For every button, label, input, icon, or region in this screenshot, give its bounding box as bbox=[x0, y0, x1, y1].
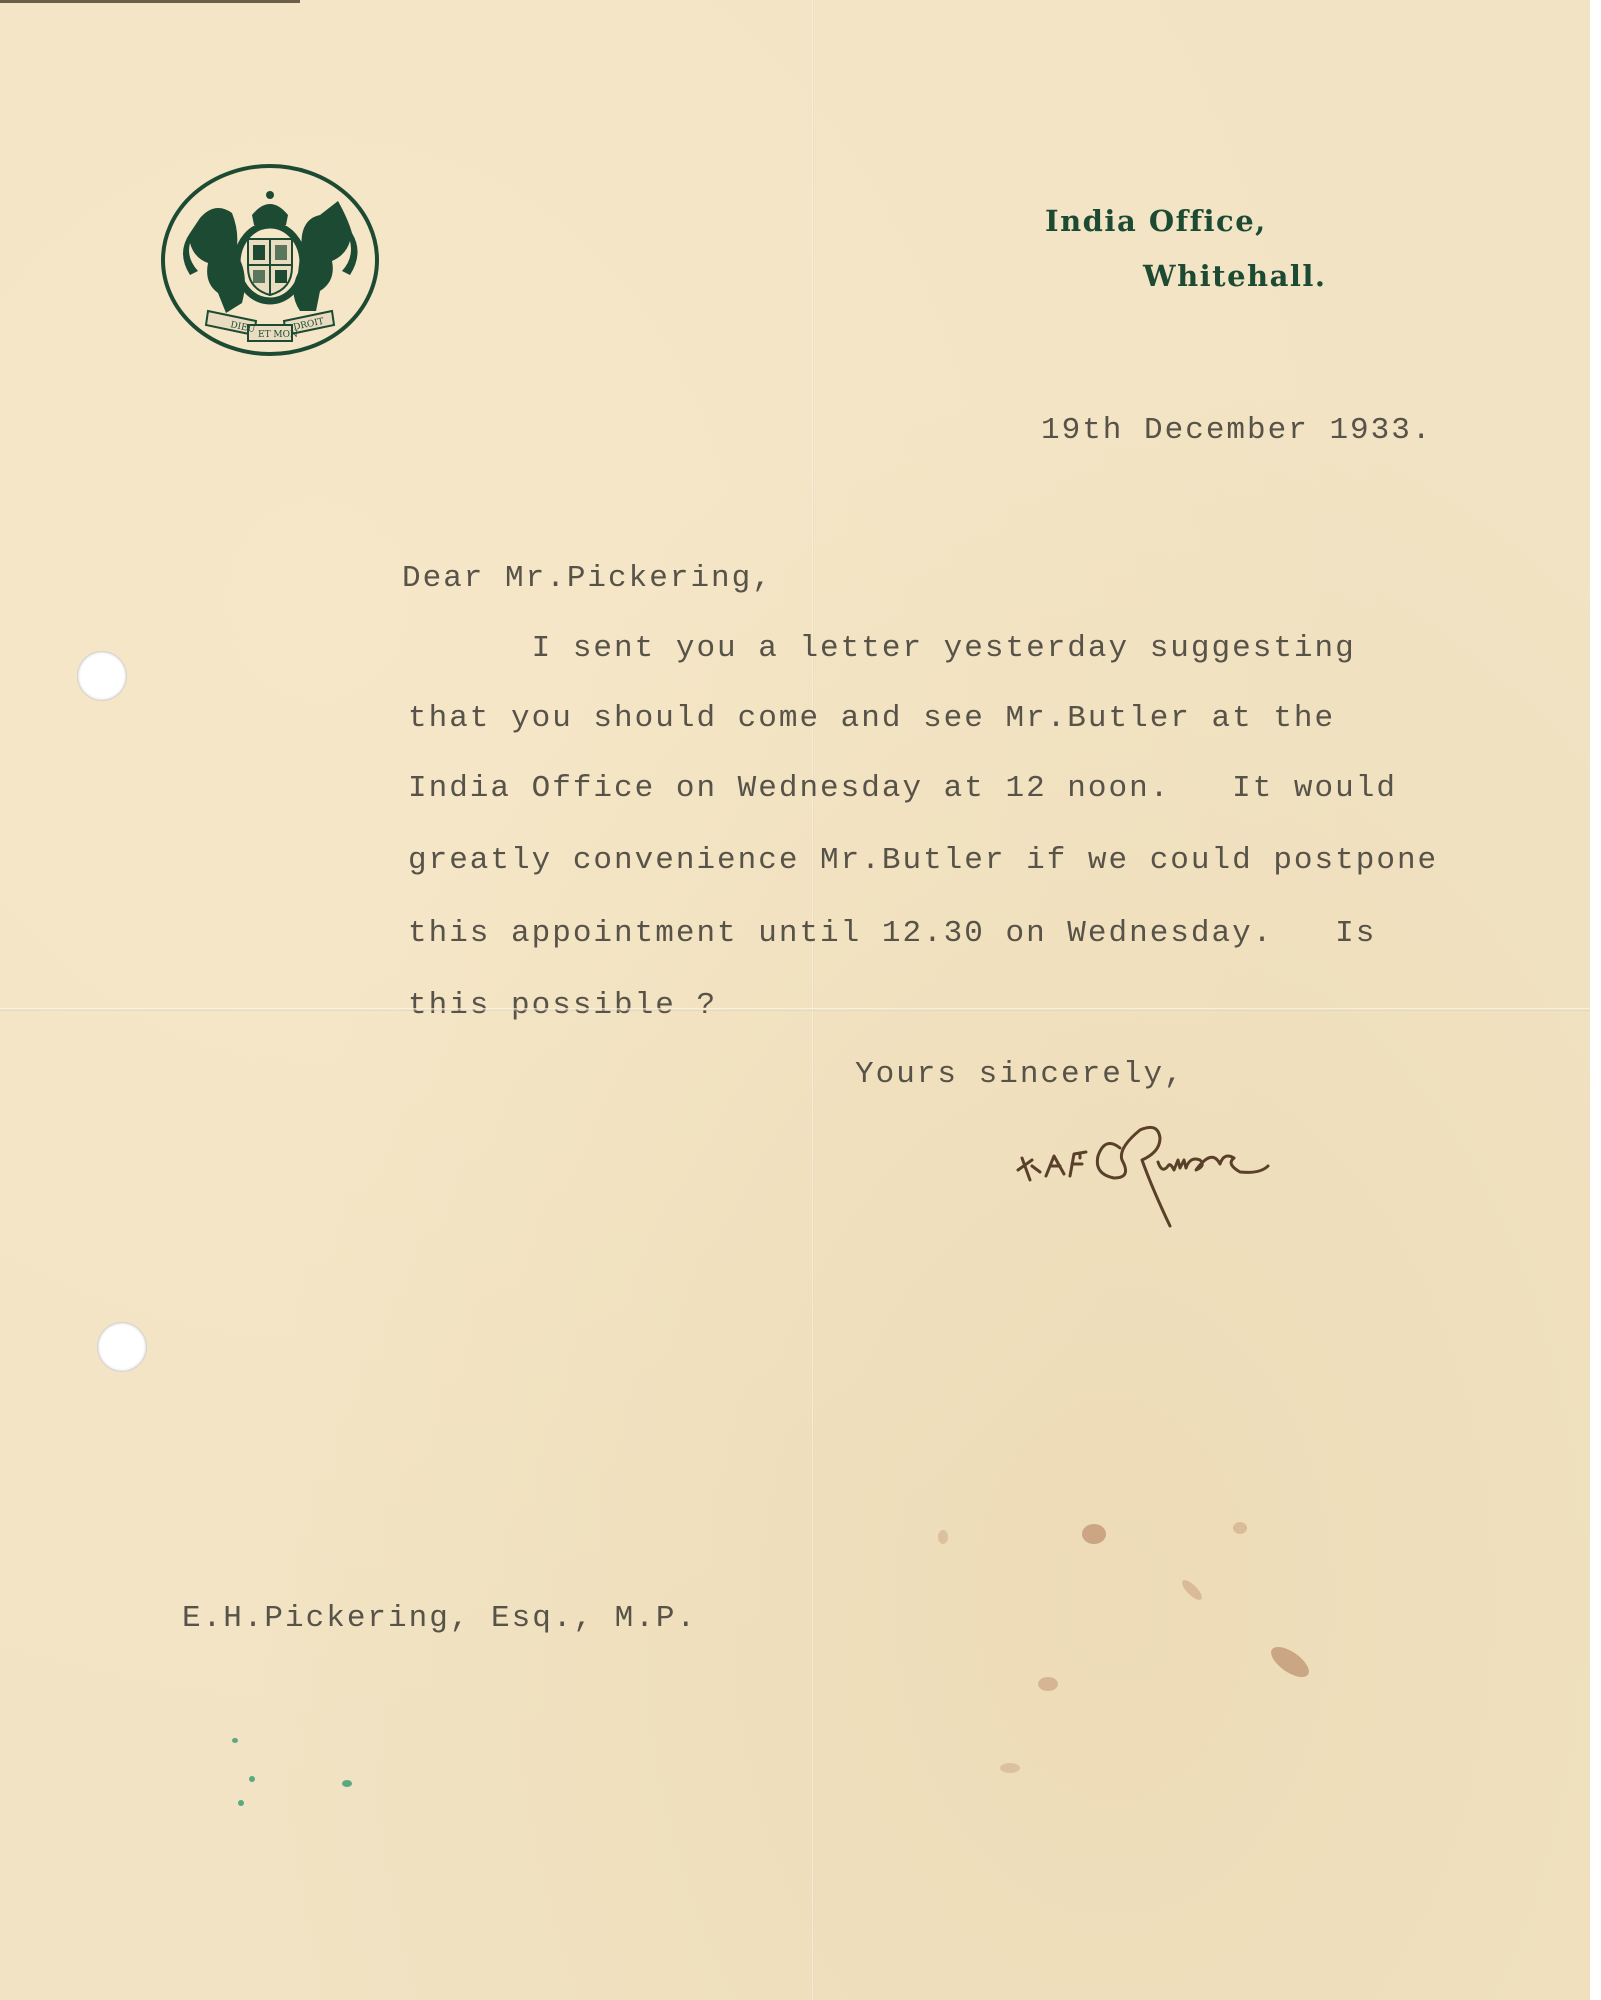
paper-stain bbox=[1266, 1641, 1314, 1683]
salutation: Dear Mr.Pickering, bbox=[402, 561, 773, 596]
body-line: this appointment until 12.30 on Wednesda… bbox=[408, 916, 1376, 951]
royal-crest-icon: DIEU ET MON DROIT bbox=[160, 163, 380, 358]
letterhead-line-2: Whitehall. bbox=[1143, 259, 1327, 293]
letter-paper: DIEU ET MON DROIT India Office, Whitehal… bbox=[0, 0, 1590, 2000]
body-line: I sent you a letter yesterday suggesting bbox=[408, 631, 1356, 666]
ink-speck bbox=[342, 1780, 352, 1787]
punch-hole-top bbox=[77, 651, 127, 701]
paper-stain bbox=[1000, 1763, 1020, 1773]
recipient-address: E.H.Pickering, Esq., M.P. bbox=[182, 1601, 697, 1636]
letterhead-line-1: India Office, bbox=[1045, 204, 1267, 238]
paper-stain bbox=[1233, 1522, 1247, 1534]
body-line: India Office on Wednesday at 12 noon. It… bbox=[408, 771, 1397, 806]
paper-stain bbox=[1082, 1524, 1106, 1544]
punch-hole-bottom bbox=[97, 1322, 147, 1372]
closing: Yours sincerely, bbox=[855, 1057, 1185, 1092]
ink-speck bbox=[238, 1800, 244, 1806]
ink-speck bbox=[232, 1738, 238, 1743]
body-line: greatly convenience Mr.Butler if we coul… bbox=[408, 843, 1438, 878]
body-line: that you should come and see Mr.Butler a… bbox=[408, 701, 1335, 736]
paper-stain bbox=[1038, 1677, 1058, 1691]
handwritten-signature bbox=[1010, 1108, 1300, 1238]
letter-date: 19th December 1933. bbox=[1041, 413, 1432, 448]
paper-edge bbox=[0, 0, 300, 3]
body-line: this possible ? bbox=[408, 988, 717, 1023]
ink-speck bbox=[249, 1776, 255, 1782]
paper-stain bbox=[938, 1530, 948, 1544]
svg-text:ET MON: ET MON bbox=[258, 330, 298, 340]
paper-stain bbox=[1179, 1577, 1204, 1602]
